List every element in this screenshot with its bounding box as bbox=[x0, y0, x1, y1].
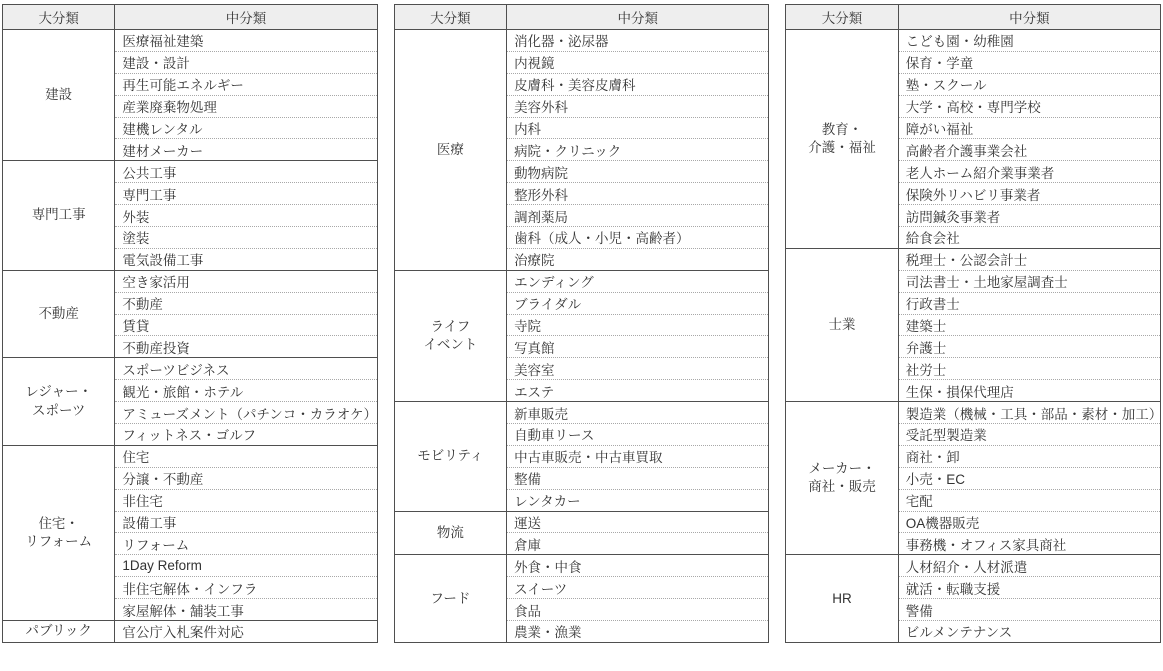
middle-category-cell: 調剤薬局 bbox=[507, 205, 769, 227]
middle-category-cell: 人材紹介・人材派遣 bbox=[898, 555, 1160, 577]
major-category-cell: 士業 bbox=[786, 248, 898, 401]
major-category-header: 大分類 bbox=[3, 5, 115, 30]
middle-category-cell: 生保・損保代理店 bbox=[898, 380, 1160, 402]
middle-category-cell: スイーツ bbox=[507, 577, 769, 599]
middle-category-cell: 歯科（成人・小児・高齢者） bbox=[507, 227, 769, 249]
middle-category-cell: 動物病院 bbox=[507, 161, 769, 183]
middle-category-cell: 住宅 bbox=[115, 445, 377, 467]
major-category-cell: ライフ イベント bbox=[394, 270, 506, 401]
middle-category-cell: 不動産 bbox=[115, 292, 377, 314]
middle-category-cell: 公共工事 bbox=[115, 161, 377, 183]
middle-category-cell: 塗装 bbox=[115, 227, 377, 249]
table-row: メーカー・ 商社・販売製造業（機械・工具・部品・素材・加工） bbox=[786, 402, 1161, 424]
major-category-cell: 専門工事 bbox=[3, 161, 115, 270]
middle-category-cell: 内科 bbox=[507, 117, 769, 139]
middle-category-cell: スポーツビジネス bbox=[115, 358, 377, 380]
major-category-cell: 物流 bbox=[394, 511, 506, 555]
industry-category-tables: 大分類中分類建設医療福祉建築建設・設計再生可能エネルギー産業廃棄物処理建機レンタ… bbox=[0, 0, 1163, 645]
middle-category-cell: レンタカー bbox=[507, 489, 769, 511]
middle-category-cell: 受託型製造業 bbox=[898, 424, 1160, 446]
middle-category-cell: 宅配 bbox=[898, 489, 1160, 511]
major-category-header: 大分類 bbox=[786, 5, 898, 30]
middle-category-cell: 建材メーカー bbox=[115, 139, 377, 161]
middle-category-cell: 美容室 bbox=[507, 358, 769, 380]
middle-category-cell: 保険外リハビリ事業者 bbox=[898, 183, 1160, 205]
middle-category-cell: 観光・旅館・ホテル bbox=[115, 380, 377, 402]
middle-category-cell: 老人ホーム紹介業事業者 bbox=[898, 161, 1160, 183]
middle-category-cell: 整形外科 bbox=[507, 183, 769, 205]
middle-category-cell: 行政書士 bbox=[898, 292, 1160, 314]
table-row: ライフ イベントエンディング bbox=[394, 270, 769, 292]
header-row: 大分類中分類 bbox=[786, 5, 1161, 30]
middle-category-cell: 電気設備工事 bbox=[115, 248, 377, 270]
middle-category-cell: 給食会社 bbox=[898, 227, 1160, 249]
major-category-cell: 建設 bbox=[3, 30, 115, 161]
table-row: HR人材紹介・人材派遣 bbox=[786, 555, 1161, 577]
middle-category-cell: フィットネス・ゴルフ bbox=[115, 424, 377, 446]
middle-category-cell: 中古車販売・中古車買取 bbox=[507, 445, 769, 467]
major-category-cell: パブリック bbox=[3, 621, 115, 643]
middle-category-header: 中分類 bbox=[898, 5, 1160, 30]
major-category-cell: 教育・ 介護・福祉 bbox=[786, 30, 898, 249]
middle-category-cell: 建設・設計 bbox=[115, 51, 377, 73]
middle-category-cell: 再生可能エネルギー bbox=[115, 73, 377, 95]
middle-category-cell: 医療福祉建築 bbox=[115, 30, 377, 52]
middle-category-cell: 官公庁入札案件対応 bbox=[115, 621, 377, 643]
middle-category-cell: 小売・EC bbox=[898, 467, 1160, 489]
middle-category-cell: こども園・幼稚園 bbox=[898, 30, 1160, 52]
middle-category-cell: 倉庫 bbox=[507, 533, 769, 555]
middle-category-cell: 非住宅解体・インフラ bbox=[115, 577, 377, 599]
middle-category-cell: 司法書士・土地家屋調査士 bbox=[898, 270, 1160, 292]
middle-category-header: 中分類 bbox=[507, 5, 769, 30]
middle-category-cell: 不動産投資 bbox=[115, 336, 377, 358]
major-category-cell: HR bbox=[786, 555, 898, 643]
table-row: 専門工事公共工事 bbox=[3, 161, 378, 183]
middle-category-cell: 病院・クリニック bbox=[507, 139, 769, 161]
middle-category-cell: 製造業（機械・工具・部品・素材・加工） bbox=[898, 402, 1160, 424]
table-row: パブリック官公庁入札案件対応 bbox=[3, 621, 378, 643]
category-table-1: 大分類中分類建設医療福祉建築建設・設計再生可能エネルギー産業廃棄物処理建機レンタ… bbox=[2, 4, 378, 643]
middle-category-cell: 外食・中食 bbox=[507, 555, 769, 577]
table-row: モビリティ新車販売 bbox=[394, 402, 769, 424]
table-row: 建設医療福祉建築 bbox=[3, 30, 378, 52]
middle-category-cell: 家屋解体・舗装工事 bbox=[115, 599, 377, 621]
middle-category-cell: 就活・転職支援 bbox=[898, 577, 1160, 599]
table-row: 住宅・ リフォーム住宅 bbox=[3, 445, 378, 467]
middle-category-cell: ブライダル bbox=[507, 292, 769, 314]
table-row: 教育・ 介護・福祉こども園・幼稚園 bbox=[786, 30, 1161, 52]
middle-category-cell: 自動車リース bbox=[507, 424, 769, 446]
middle-category-cell: 非住宅 bbox=[115, 489, 377, 511]
major-category-cell: 不動産 bbox=[3, 270, 115, 358]
table-row: フード外食・中食 bbox=[394, 555, 769, 577]
middle-category-cell: 写真館 bbox=[507, 336, 769, 358]
middle-category-cell: 事務機・オフィス家具商社 bbox=[898, 533, 1160, 555]
table-row: 不動産空き家活用 bbox=[3, 270, 378, 292]
middle-category-cell: 専門工事 bbox=[115, 183, 377, 205]
middle-category-cell: 塾・スクール bbox=[898, 73, 1160, 95]
middle-category-cell: 食品 bbox=[507, 599, 769, 621]
middle-category-cell: 運送 bbox=[507, 511, 769, 533]
middle-category-cell: 賃貸 bbox=[115, 314, 377, 336]
middle-category-cell: 警備 bbox=[898, 599, 1160, 621]
middle-category-cell: 税理士・公認会計士 bbox=[898, 248, 1160, 270]
middle-category-cell: 商社・卸 bbox=[898, 445, 1160, 467]
middle-category-cell: 保育・学童 bbox=[898, 51, 1160, 73]
major-category-cell: モビリティ bbox=[394, 402, 506, 511]
middle-category-cell: 障がい福祉 bbox=[898, 117, 1160, 139]
major-category-cell: 医療 bbox=[394, 30, 506, 271]
table-row: 物流運送 bbox=[394, 511, 769, 533]
middle-category-cell: 産業廃棄物処理 bbox=[115, 95, 377, 117]
middle-category-cell: 建築士 bbox=[898, 314, 1160, 336]
middle-category-cell: アミューズメント（パチンコ・カラオケ） bbox=[115, 402, 377, 424]
header-row: 大分類中分類 bbox=[3, 5, 378, 30]
major-category-cell: メーカー・ 商社・販売 bbox=[786, 402, 898, 555]
category-table-3: 大分類中分類教育・ 介護・福祉こども園・幼稚園保育・学童塾・スクール大学・高校・… bbox=[785, 4, 1161, 643]
middle-category-cell: エンディング bbox=[507, 270, 769, 292]
middle-category-cell: 弁護士 bbox=[898, 336, 1160, 358]
middle-category-cell: 外装 bbox=[115, 205, 377, 227]
table-row: 士業税理士・公認会計士 bbox=[786, 248, 1161, 270]
middle-category-cell: リフォーム bbox=[115, 533, 377, 555]
middle-category-cell: 訪問鍼灸事業者 bbox=[898, 205, 1160, 227]
middle-category-cell: 高齢者介護事業会社 bbox=[898, 139, 1160, 161]
middle-category-cell: 美容外科 bbox=[507, 95, 769, 117]
middle-category-cell: 内視鏡 bbox=[507, 51, 769, 73]
table-row: レジャー・ スポーツスポーツビジネス bbox=[3, 358, 378, 380]
table-row: 医療消化器・泌尿器 bbox=[394, 30, 769, 52]
middle-category-cell: 新車販売 bbox=[507, 402, 769, 424]
major-category-cell: フード bbox=[394, 555, 506, 643]
middle-category-cell: 消化器・泌尿器 bbox=[507, 30, 769, 52]
middle-category-cell: 空き家活用 bbox=[115, 270, 377, 292]
middle-category-cell: 整備 bbox=[507, 467, 769, 489]
major-category-cell: レジャー・ スポーツ bbox=[3, 358, 115, 446]
middle-category-cell: 1Day Reform bbox=[115, 555, 377, 577]
middle-category-cell: 農業・漁業 bbox=[507, 621, 769, 643]
middle-category-cell: エステ bbox=[507, 380, 769, 402]
category-table-2: 大分類中分類医療消化器・泌尿器内視鏡皮膚科・美容皮膚科美容外科内科病院・クリニッ… bbox=[394, 4, 770, 643]
major-category-cell: 住宅・ リフォーム bbox=[3, 445, 115, 620]
middle-category-header: 中分類 bbox=[115, 5, 377, 30]
middle-category-cell: 設備工事 bbox=[115, 511, 377, 533]
middle-category-cell: OA機器販売 bbox=[898, 511, 1160, 533]
middle-category-cell: 大学・高校・専門学校 bbox=[898, 95, 1160, 117]
middle-category-cell: 社労士 bbox=[898, 358, 1160, 380]
middle-category-cell: ビルメンテナンス bbox=[898, 621, 1160, 643]
header-row: 大分類中分類 bbox=[394, 5, 769, 30]
middle-category-cell: 皮膚科・美容皮膚科 bbox=[507, 73, 769, 95]
middle-category-cell: 寺院 bbox=[507, 314, 769, 336]
middle-category-cell: 分譲・不動産 bbox=[115, 467, 377, 489]
middle-category-cell: 建機レンタル bbox=[115, 117, 377, 139]
middle-category-cell: 治療院 bbox=[507, 248, 769, 270]
major-category-header: 大分類 bbox=[394, 5, 506, 30]
